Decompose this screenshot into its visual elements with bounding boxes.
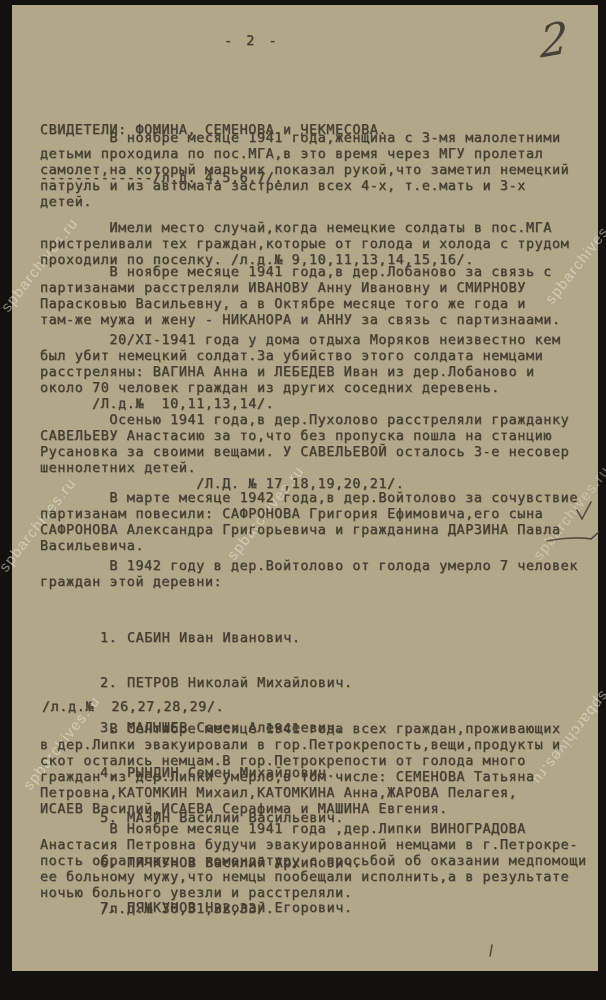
- paper-sheet: spbarchives.ru spbarchives.ru spbarchive…: [12, 5, 598, 971]
- paragraph: В ноябре месяце 1941 года,в дер.Лобаново…: [40, 264, 561, 328]
- victim-name: ПЕТРОВ Николай Михайлович.: [127, 675, 353, 691]
- pen-underline-mark: [545, 529, 603, 547]
- paragraph: В марте месяце 1942 года,в дер.Войтолово…: [40, 490, 578, 554]
- page-number: - 2 -: [224, 33, 280, 49]
- list-number: 1.: [100, 631, 127, 646]
- list-item: 1.САБИН Иван Иванович.: [100, 631, 361, 646]
- list-reference-line: /л.д.№ 26,27,28,29/.: [42, 699, 224, 715]
- paragraph: 20/XI-1941 года у дома отдыха Моряков не…: [40, 332, 561, 412]
- paragraph: В Ноябре месяце 1941 года ,дер.Липки ВИН…: [40, 821, 587, 917]
- paragraph: Имели место случай,когда немецкие солдат…: [40, 220, 569, 268]
- handwritten-page-number: 2: [540, 12, 568, 69]
- paragraph: Осенью 1941 года,в дер.Пухолово расстрел…: [40, 412, 569, 492]
- list-item: 2.ПЕТРОВ Николай Михайлович.: [100, 676, 361, 691]
- list-number: 2.: [100, 676, 127, 691]
- scanned-archive-page: { "page": { "number_top": "- 2 -", "hand…: [0, 0, 606, 1000]
- victim-name: САБИН Иван Иванович.: [127, 630, 301, 646]
- stray-ink-mark: ’: [298, 131, 305, 145]
- pen-stroke-mark: [488, 943, 496, 959]
- pen-checkmark-icon: [575, 500, 593, 522]
- paragraph: В 1942 году в дер.Войтолово от голода ум…: [40, 558, 578, 590]
- paragraph: В Сентябре месяце 1941 года всех граждан…: [40, 721, 561, 817]
